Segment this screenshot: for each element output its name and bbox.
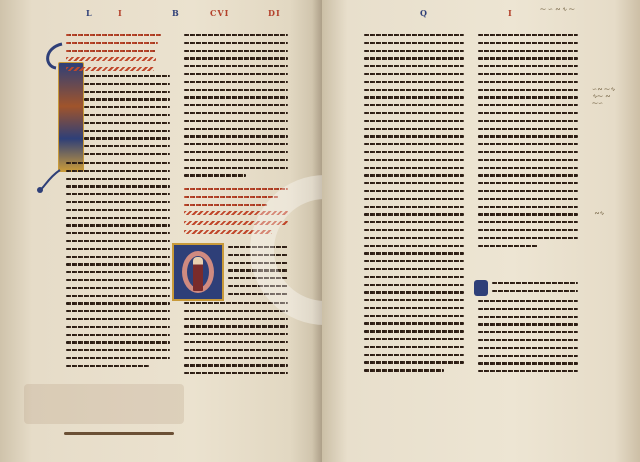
- running-header-left-5: DI: [268, 8, 281, 18]
- running-header-left-3: B: [172, 8, 180, 18]
- running-header-right-2: I: [508, 8, 513, 18]
- text-column-c: [364, 34, 464, 377]
- erased-text-area: [24, 384, 184, 424]
- section-initial-t: [474, 280, 488, 296]
- text-column-a: [84, 75, 170, 161]
- side-note-2: ∾∿: [594, 210, 624, 217]
- running-header-left-1: L: [86, 8, 93, 18]
- ink-stroke: [64, 432, 174, 435]
- standing-figure-icon: [193, 257, 203, 291]
- text-column-a-lower: [66, 162, 170, 373]
- text-column-d-end: [478, 300, 578, 378]
- side-note-1: ∽∾ ⁓∿∿⁓ ∾⁓∽: [592, 86, 636, 107]
- opening-rubric: [66, 34, 166, 76]
- text-column-b: [184, 34, 288, 182]
- text-column-b-lower: [184, 302, 288, 380]
- running-header-right-1: Q: [420, 8, 428, 18]
- running-header-left-2: I: [118, 8, 123, 18]
- manuscript-spread: L I B CVI DI: [0, 0, 640, 462]
- text-column-d-lower: [492, 282, 578, 298]
- historiated-initial-g: [172, 243, 224, 301]
- running-header-left-4: CVI: [210, 8, 229, 18]
- text-column-d: [478, 34, 578, 252]
- right-page: Q I ⁓ ∽ ∾ ∿ ⁓ ∽∾ ⁓∿∿⁓ ∾⁓∽ ∾∿: [322, 0, 640, 462]
- top-marginal-note: ⁓ ∽ ∾ ∿ ⁓: [540, 6, 636, 13]
